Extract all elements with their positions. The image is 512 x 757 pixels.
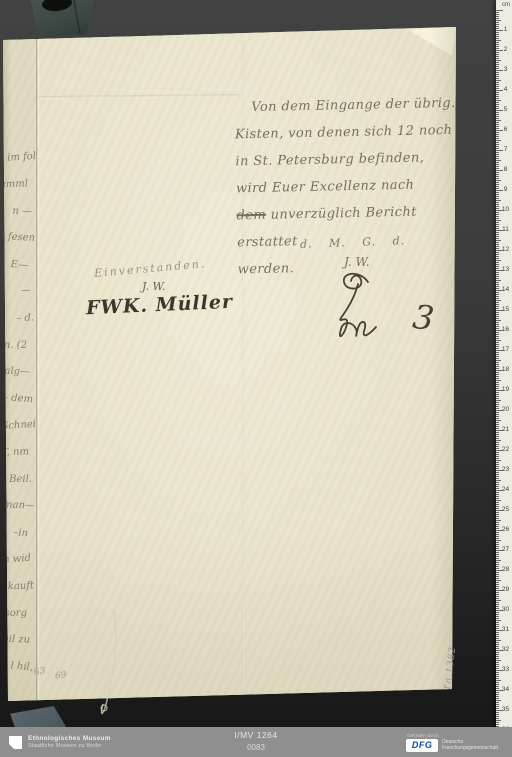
margin-fragment: fesen [0,232,35,244]
ruler-number: 14 [500,286,511,293]
struck-word: dem [236,208,266,224]
ruler-number: 7 [500,146,511,153]
ruler-number: 23 [500,466,511,473]
ruler-number: 35 [500,706,511,713]
institution-block: Ethnologisches Museum Staatliche Museen … [9,735,111,750]
ruler-number: 18 [500,366,511,373]
ruler-number: 17 [500,346,511,353]
archival-scan-viewer: im folSamml.n —fesenE——– d.In. (2alg—– d… [0,0,512,757]
institution-name: Ethnologisches Museum [28,735,111,743]
ruler-number: 13 [500,266,511,273]
ruler-number: 19 [500,386,511,393]
funder-name: Deutsche Forschungsgemeinschaft [442,739,498,751]
margin-fragment: im fol [0,151,36,164]
ruler-number: 11 [500,226,511,233]
funder-block: Gefördert durch DFG Deutsche Forschungsg… [406,733,498,752]
ruler-number: 24 [500,486,511,493]
ruler-number: 34 [500,686,511,693]
ruler-number: 21 [500,426,511,433]
ruler-number: 22 [500,446,511,453]
ruler-number: 27 [500,546,511,553]
ruler-number: 6 [500,126,511,133]
funding-note: Gefördert durch [407,733,439,738]
body-line: Kisten, von denen sich 12 noch [235,117,464,149]
ruler-number: 29 [500,586,511,593]
ruler-number: 9 [500,186,511,193]
institution-subtitle: Staatliche Museen zu Berlin [28,743,111,750]
ruler-number: 32 [500,646,511,653]
ruler-number: 30 [500,606,511,613]
funder-name-line: Forschungsgemeinschaft [442,745,498,751]
dfg-abbreviation: DFG [412,740,433,750]
margin-fragment: Samml. [0,178,29,190]
ruler-number: 3 [500,66,511,73]
ruler-number: 2 [500,46,511,53]
ruler-number: 20 [500,406,511,413]
scan-metadata-bar: Ethnologisches Museum Staatliche Museen … [0,727,512,757]
ruler-number: 15 [500,306,511,313]
ruler-number: 4 [500,86,511,93]
ruler-number: 12 [500,246,511,253]
approval-initials: J. W. [142,280,165,293]
dfg-logo-icon: DFG [406,739,438,752]
ruler-number: 8 [500,166,511,173]
ruler-number: 10 [500,206,511,213]
letter-page: im folSamml.n —fesenE——– d.In. (2alg—– d… [0,0,512,757]
museum-logo-icon [9,736,22,749]
ruler-number: 25 [500,506,511,513]
ruler-number: 31 [500,626,511,633]
ruler-number: 33 [500,666,511,673]
ruler-number: 5 [500,106,511,113]
pencil-mark: 63 [33,666,46,678]
measurement-ruler: cm 1234567891011121314151617181920212223… [496,0,512,727]
ruler-number: 16 [500,326,511,333]
closing-initials: J. W. [344,255,370,269]
ruler-unit-label: cm [502,2,510,8]
ruler-number: 26 [500,526,511,533]
ruler-number: 1 [500,26,511,33]
signature-flourish-icon [318,268,410,352]
pencil-mark: 69 [55,670,67,681]
margin-fragment: n — [0,206,32,217]
ruler-number: 28 [500,566,511,573]
